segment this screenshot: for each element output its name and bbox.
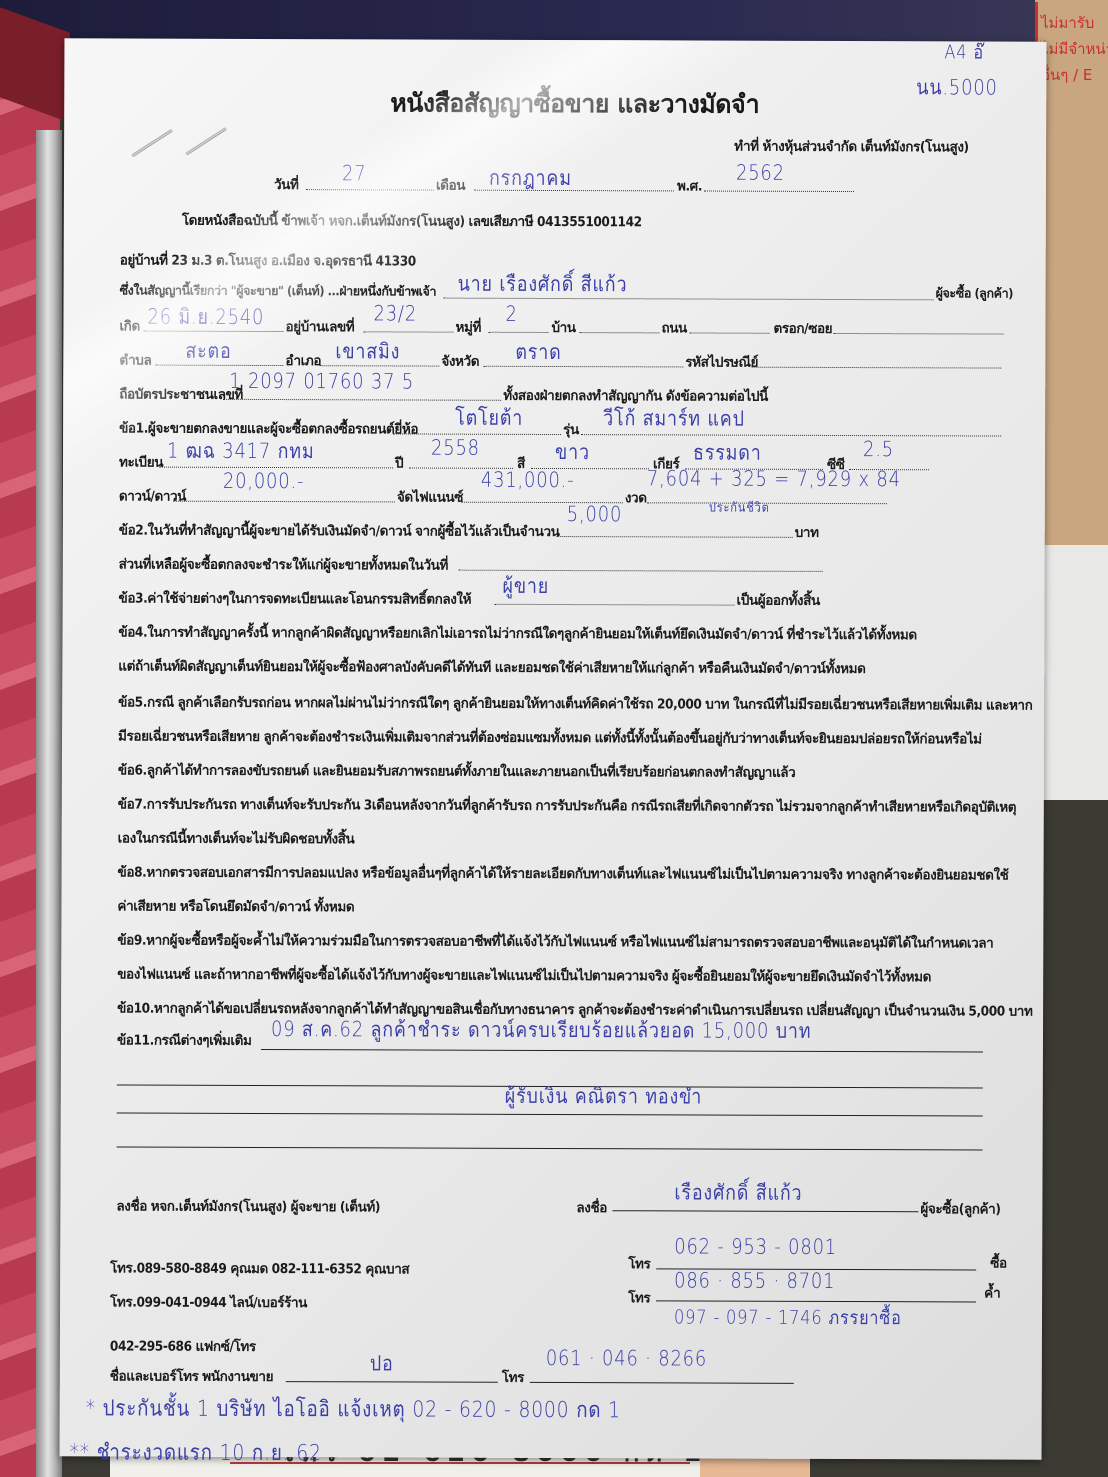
fee-payer: ผู้ขาย bbox=[503, 570, 550, 603]
buyer-id-number: 1 2097 01760 37 5 bbox=[229, 369, 414, 394]
envelope-line: อื่นๆ / E bbox=[1041, 62, 1108, 88]
additional-note-line: ผู้รับเงิน คณิตรา ทองขำ bbox=[505, 1080, 702, 1114]
clause-5: ข้อ5.กรณี ลูกค้าเลือกรับรถก่อน หากผลไม่ผ… bbox=[118, 690, 1032, 715]
vehicle-finance-amount: 431,000.- bbox=[481, 468, 575, 492]
staple-icon bbox=[185, 127, 227, 156]
guarantor-phone: 086 · 855 · 8701 bbox=[674, 1268, 835, 1293]
document-title: หนังสือสัญญาซื้อขาย และวางมัดจำ bbox=[390, 83, 759, 124]
corner-note-size: A4 อ๊ bbox=[944, 37, 984, 67]
envelope-line: ไม่มารับ bbox=[1041, 10, 1108, 36]
vehicle-color: ขาว bbox=[555, 436, 590, 469]
staple-icon bbox=[131, 129, 173, 158]
buyer-subdistrict: สะตอ bbox=[185, 335, 231, 368]
vehicle-model: วีโก้ สมาร์ท แคป bbox=[603, 402, 745, 435]
salesperson-phone: 061 · 046 · 8266 bbox=[546, 1346, 707, 1371]
vehicle-gear: ธรรมดา bbox=[693, 436, 762, 469]
buyer-house-no: 23/2 bbox=[373, 301, 417, 325]
vehicle-registration: 1 ฒฉ 3417 กทม bbox=[167, 435, 315, 469]
seller-intro: โดยหนังสือฉบับนี้ ข้าพเจ้า หจก.เต็นท์มัง… bbox=[182, 209, 642, 233]
clause-4: ข้อ4.ในการทำสัญญาครั้งนี้ หากลูกค้าผิดสั… bbox=[118, 620, 916, 645]
buyer-district: เขาสมิง bbox=[335, 335, 400, 368]
salesperson-name: ปอ bbox=[370, 1347, 394, 1380]
shop-fax: 042-295-686 แฟกซ์/โทร bbox=[110, 1334, 256, 1357]
buyer-name: นาย เรืองศักดิ์ สีแก้ว bbox=[458, 268, 628, 302]
shop-phone-1: โทร.089-580-8849 คุณมด 082-111-6352 คุณบ… bbox=[110, 1256, 409, 1279]
shop-phone-2: โทร.099-041-0944 ไลน์/เบอร์ร้าน bbox=[110, 1290, 307, 1313]
clause-7: ข้อ7.การรับประกันรถ ทางเต็นท์จะรับประกัน… bbox=[118, 792, 1016, 817]
vehicle-down-payment: 20,000.- bbox=[223, 469, 304, 493]
background-white-sheet bbox=[1040, 545, 1108, 800]
buyer-birth: 26 มิ.ย.2540 bbox=[147, 301, 264, 334]
clause-8: ข้อ8.หากตรวจสอบเอกสารมีการปลอมแปลง หรือข… bbox=[118, 860, 1009, 885]
seller-signature: ลงชื่อ หจก.เต็นท์มังกร(โนนสูง) ผู้จะขาย … bbox=[116, 1194, 380, 1217]
corner-note-weight: นน.5000 bbox=[916, 71, 998, 104]
contract-document: A4 อ๊ นน.5000 หนังสือสัญญาซื้อขาย และวาง… bbox=[60, 38, 1047, 1459]
vehicle-installment: 7,604 + 325 = 7,929 x 84 bbox=[647, 466, 901, 491]
vehicle-year: 2558 bbox=[431, 436, 480, 460]
made-at: ทำที่ ห้างหุ้นส่วนจำกัด เต็นท์มังกร(โนนส… bbox=[734, 135, 969, 158]
background-metal-rod bbox=[36, 130, 62, 1477]
additional-note-line: 09 ส.ค.62 ลูกค้าชำระ ดาวน์ครบเรียบร้อยแล… bbox=[271, 1013, 812, 1048]
buyer-province: ตราด bbox=[515, 336, 561, 369]
buyer-phone: 062 - 953 - 0801 bbox=[674, 1234, 837, 1259]
first-installment-note: ** ชำระงวดแรก 10 ก.ย. 62 bbox=[69, 1434, 321, 1470]
buyer-moo: 2 bbox=[505, 302, 517, 326]
seller-address: อยู่บ้านที่ 23 ม.3 ต.โนนสูง อ.เมือง จ.อุ… bbox=[120, 248, 416, 271]
date-month: กรกฎาคม bbox=[489, 162, 572, 195]
buyer-signature: เรืองศักดิ์ สีแก้ว bbox=[674, 1176, 802, 1209]
clause-6: ข้อ6.ลูกค้าได้ทำการลองขับรถยนต์ และยินยอ… bbox=[118, 758, 795, 782]
vehicle-cc: 2.5 bbox=[863, 437, 894, 461]
envelope-line: ไม่มีจำหน่าย bbox=[1041, 36, 1108, 62]
vehicle-brand: โตโยต้า bbox=[455, 402, 523, 435]
clause-9: ข้อ9.หากผู้จะซื้อหรือผู้จะค้ำไม่ให้ความร… bbox=[117, 928, 993, 953]
spouse-phone: 097 - 097 - 1746 ภรรยาซื้อ bbox=[674, 1302, 902, 1333]
deposit-amount: 5,000 bbox=[567, 502, 622, 526]
date-day: 27 bbox=[342, 161, 367, 185]
installment-note: ประกันชีวิต bbox=[709, 497, 770, 518]
insurance-note: * ประกันชั้น 1 บริษัท ไอโออิ แจ้งเหตุ 02… bbox=[86, 1390, 621, 1427]
date-year: 2562 bbox=[736, 161, 785, 185]
